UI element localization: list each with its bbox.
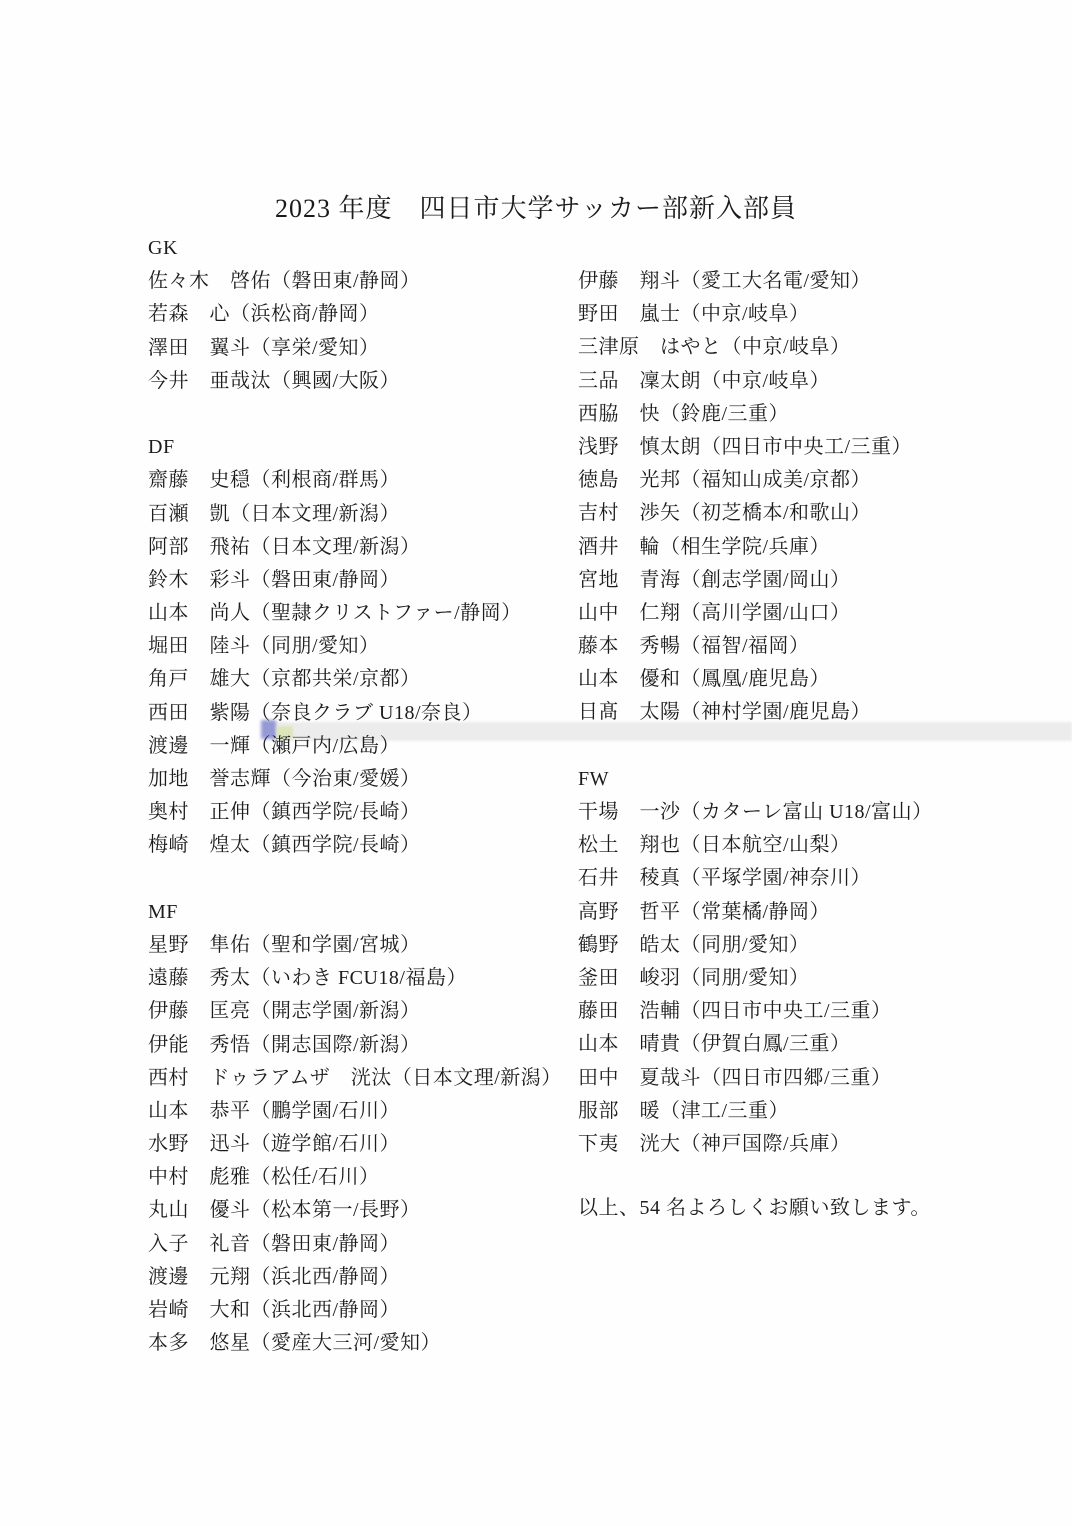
- document-page: 2023 年度 四日市大学サッカー部新入部員 GK佐々木 啓佑（磐田東/静岡）若…: [0, 0, 1072, 1526]
- player-entry: 山本 優和（鳳凰/鹿児島）: [578, 663, 933, 696]
- closing-note: 以上、54 名よろしくお願い致します。: [578, 1192, 931, 1225]
- player-entry: 星野 隼佑（聖和学園/宮城）: [148, 929, 562, 962]
- player-entry: 佐々木 啓佑（磐田東/静岡）: [148, 265, 562, 298]
- player-entry: 野田 嵐士（中京/岐阜）: [578, 298, 933, 331]
- player-entry: 三品 凜太朗（中京/岐阜）: [578, 365, 933, 398]
- player-entry: 田中 夏哉斗（四日市四郷/三重）: [578, 1062, 933, 1095]
- player-entry: 伊能 秀悟（開志国際/新潟）: [148, 1029, 562, 1062]
- player-entry: 藤本 秀暢（福智/福岡）: [578, 630, 933, 663]
- player-entry: 干場 一沙（カターレ富山 U18/富山）: [578, 796, 933, 829]
- player-entry: 阿部 飛祐（日本文理/新潟）: [148, 531, 562, 564]
- player-entry: 松土 翔也（日本航空/山梨）: [578, 829, 933, 862]
- player-entry: 西村 ドゥラアムザ 洸汰（日本文理/新潟）: [148, 1062, 562, 1095]
- section-header: GK: [148, 232, 562, 265]
- player-entry: 西田 紫陽（奈良クラブ U18/奈良）: [148, 697, 562, 730]
- section-header: DF: [148, 431, 562, 464]
- player-entry: 本多 悠星（愛産大三河/愛知）: [148, 1327, 562, 1360]
- blank-line: [148, 863, 562, 896]
- player-entry: 山本 尚人（聖隷クリストファー/静岡）: [148, 597, 562, 630]
- blank-line: [148, 398, 562, 431]
- player-entry: 酒井 輪（相生学院/兵庫）: [578, 531, 933, 564]
- player-entry: 吉村 渉矢（初芝橋本/和歌山）: [578, 497, 933, 530]
- player-entry: 奥村 正伸（鎮西学院/長崎）: [148, 796, 562, 829]
- player-entry: 日髙 太陽（神村学園/鹿児島）: [578, 696, 933, 729]
- player-entry: 山本 晴貴（伊賀白鳳/三重）: [578, 1028, 933, 1061]
- player-entry: 浅野 慎太朗（四日市中央工/三重）: [578, 431, 933, 464]
- player-entry: 伊藤 翔斗（愛工大名電/愛知）: [578, 265, 933, 298]
- player-entry: 丸山 優斗（松本第一/長野）: [148, 1194, 562, 1227]
- player-entry: 遠藤 秀太（いわき FCU18/福島）: [148, 962, 562, 995]
- player-entry: 百瀬 凱（日本文理/新潟）: [148, 498, 562, 531]
- player-entry: 山本 恭平（鵬学園/石川）: [148, 1095, 562, 1128]
- player-entry: 徳島 光邦（福知山成美/京都）: [578, 464, 933, 497]
- player-entry: 釜田 峻羽（同朋/愛知）: [578, 962, 933, 995]
- player-entry: 齋藤 史穏（利根商/群馬）: [148, 464, 562, 497]
- player-entry: 石井 稜真（平塚学園/神奈川）: [578, 862, 933, 895]
- player-entry: 下夷 洸大（神戸国際/兵庫）: [578, 1128, 933, 1161]
- section-header: FW: [578, 763, 933, 796]
- player-entry: 鈴木 彩斗（磐田東/静岡）: [148, 564, 562, 597]
- blank-line: [578, 730, 933, 763]
- player-entry: 鶴野 皓太（同朋/愛知）: [578, 929, 933, 962]
- document-title: 2023 年度 四日市大学サッカー部新入部員: [0, 188, 1072, 225]
- section-header: MF: [148, 896, 562, 929]
- roster-column-right: 伊藤 翔斗（愛工大名電/愛知）野田 嵐士（中京/岐阜）三津原 はやと（中京/岐阜…: [578, 265, 933, 1161]
- player-entry: 高野 哲平（常葉橘/静岡）: [578, 896, 933, 929]
- player-entry: 渡邊 元翔（浜北西/静岡）: [148, 1261, 562, 1294]
- player-entry: 角戸 雄大（京都共栄/京都）: [148, 663, 562, 696]
- player-entry: 梅崎 煌太（鎮西学院/長崎）: [148, 829, 562, 862]
- player-entry: 渡邊 一輝（瀬戸内/広島）: [148, 730, 562, 763]
- roster-column-left: GK佐々木 啓佑（磐田東/静岡）若森 心（浜松商/静岡）澤田 翼斗（享栄/愛知）…: [148, 232, 562, 1360]
- player-entry: 加地 誉志輝（今治東/愛媛）: [148, 763, 562, 796]
- player-entry: 西脇 快（鈴鹿/三重）: [578, 398, 933, 431]
- player-entry: 岩崎 大和（浜北西/静岡）: [148, 1294, 562, 1327]
- player-entry: 山中 仁翔（高川学園/山口）: [578, 597, 933, 630]
- player-entry: 澤田 翼斗（享栄/愛知）: [148, 332, 562, 365]
- player-entry: 三津原 はやと（中京/岐阜）: [578, 331, 933, 364]
- player-entry: 今井 亜哉汰（興國/大阪）: [148, 365, 562, 398]
- player-entry: 藤田 浩輔（四日市中央工/三重）: [578, 995, 933, 1028]
- player-entry: 水野 迅斗（遊学館/石川）: [148, 1128, 562, 1161]
- player-entry: 宮地 青海（創志学園/岡山）: [578, 564, 933, 597]
- player-entry: 若森 心（浜松商/静岡）: [148, 298, 562, 331]
- player-entry: 服部 暖（津工/三重）: [578, 1095, 933, 1128]
- player-entry: 伊藤 匡亮（開志学園/新潟）: [148, 995, 562, 1028]
- player-entry: 中村 彪雅（松任/石川）: [148, 1161, 562, 1194]
- player-entry: 入子 礼音（磐田東/静岡）: [148, 1228, 562, 1261]
- player-entry: 堀田 陸斗（同朋/愛知）: [148, 630, 562, 663]
